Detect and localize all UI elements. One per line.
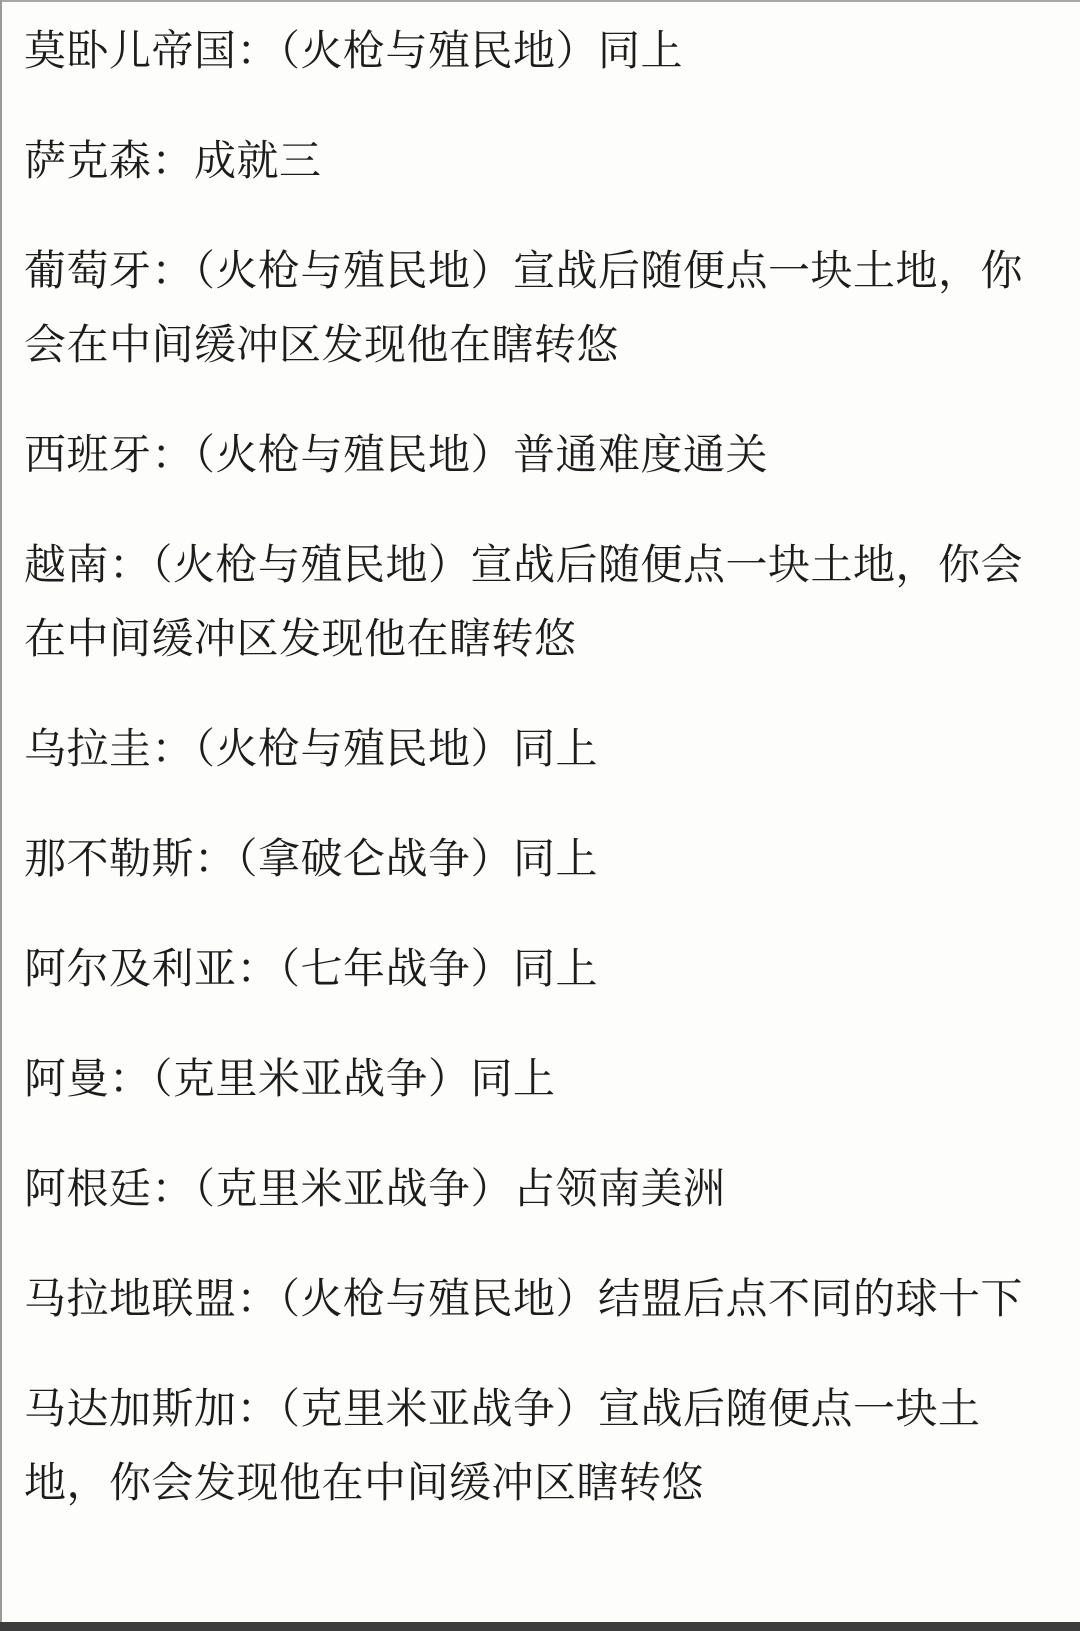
entry-oman: 阿曼：（克里米亚战争）同上 <box>24 1042 1024 1116</box>
entry-spain: 西班牙：（火枪与殖民地）普通难度通关 <box>24 418 1024 492</box>
entry-madagascar: 马达加斯加：（克里米亚战争）宣战后随便点一块土地，你会发现他在中间缓冲区瞎转悠 <box>24 1372 1024 1520</box>
entry-saxony: 萨克森：成就三 <box>24 124 1024 198</box>
entry-vietnam: 越南：（火枪与殖民地）宣战后随便点一块土地，你会在中间缓冲区发现他在瞎转悠 <box>24 528 1024 676</box>
entry-algeria: 阿尔及利亚：（七年战争）同上 <box>24 932 1024 1006</box>
left-border <box>0 0 2 1631</box>
bottom-bar <box>0 1622 1080 1631</box>
entry-portugal: 葡萄牙：（火枪与殖民地）宣战后随便点一块土地，你会在中间缓冲区发现他在瞎转悠 <box>24 234 1024 382</box>
top-border <box>0 0 1080 2</box>
entry-maratha: 马拉地联盟：（火枪与殖民地）结盟后点不同的球十下 <box>24 1262 1024 1336</box>
entry-uruguay: 乌拉圭：（火枪与殖民地）同上 <box>24 712 1024 786</box>
document-body: 莫卧儿帝国：（火枪与殖民地）同上 萨克森：成就三 葡萄牙：（火枪与殖民地）宣战后… <box>24 14 1024 1556</box>
entry-argentina: 阿根廷：（克里米亚战争）占领南美洲 <box>24 1152 1024 1226</box>
entry-mughal: 莫卧儿帝国：（火枪与殖民地）同上 <box>24 14 1024 88</box>
entry-naples: 那不勒斯：（拿破仑战争）同上 <box>24 822 1024 896</box>
